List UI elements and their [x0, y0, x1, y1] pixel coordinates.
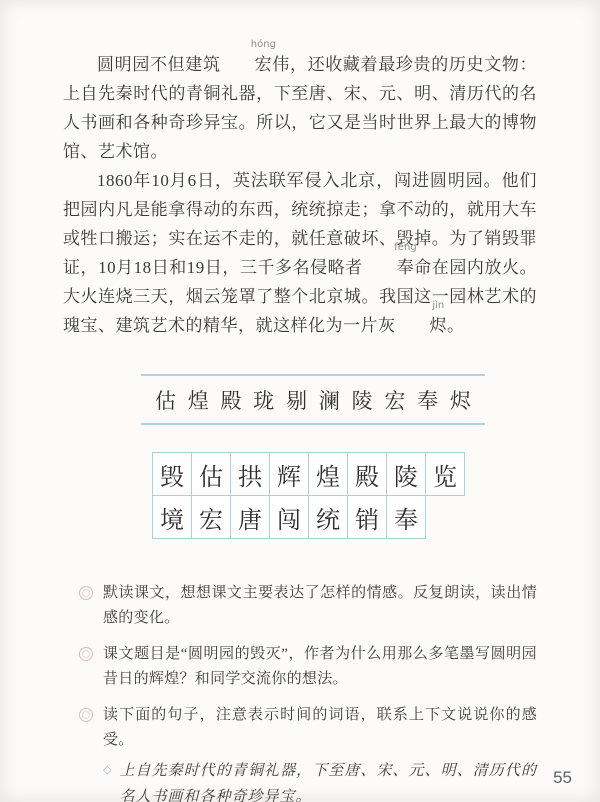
reading-character: 估 [155, 385, 176, 415]
grid-cell: 统 [308, 495, 348, 539]
grid-cell: 奉 [386, 495, 426, 539]
question-text: 课文题目是“圆明园的毁灭”，作者为什么用那么多笔墨写圆明园昔日的辉煌？和同学交流… [103, 642, 537, 692]
reading-character: 殿 [221, 385, 242, 415]
question-text: 读下面的句子，注意表示时间的词语，联系上下文说说你的感受。 [103, 703, 537, 753]
grid-cell: 煌 [308, 452, 348, 496]
ruby-base: 宏 [255, 55, 273, 74]
grid-cell: 辉 [269, 452, 309, 496]
pinyin-text: hóng [217, 40, 276, 50]
grid-row: 境 宏 唐 闯 统 销 奉 [152, 495, 537, 539]
new-characters-reading-strip: 估 煌 殿 珑 剔 澜 陵 宏 奉 烬 [141, 374, 485, 425]
exercise-bullet-icon [79, 708, 93, 722]
text-segment: 圆明园不但建筑 [97, 55, 221, 74]
pinyin-text: fèng [360, 243, 416, 253]
reading-character: 煌 [188, 385, 209, 415]
ruby-base: 奉 [397, 258, 415, 277]
grid-cell: 唐 [230, 495, 270, 539]
page-content: 圆明园不但建筑宏hóng伟，还收藏着最珍贵的历史文物：上自先秦时代的青铜礼器，下… [63, 50, 537, 802]
grid-cell: 估 [191, 452, 231, 496]
grid-cell: 闯 [269, 495, 309, 539]
reading-character: 烬 [450, 385, 471, 415]
grid-cell: 销 [347, 495, 387, 539]
grid-row: 毁 估 拱 辉 煌 殿 陵 览 [152, 452, 537, 496]
grid-cell: 毁 [152, 452, 192, 496]
textbook-page: 圆明园不但建筑宏hóng伟，还收藏着最珍贵的历史文物：上自先秦时代的青铜礼器，下… [0, 0, 600, 802]
exercise-bullet-icon [79, 647, 93, 661]
exercise-question-1: 默读课文，想想课文主要表达了怎样的情感。反复朗读，读出情感的变化。 [63, 581, 537, 631]
pinyin-annotation: 奉fèng [363, 253, 415, 282]
writing-practice-grid: 毁 估 拱 辉 煌 殿 陵 览 境 宏 唐 闯 统 销 奉 [152, 452, 537, 539]
ruby-base: 烬 [430, 316, 448, 335]
reading-character: 澜 [319, 385, 340, 415]
grid-cell: 殿 [347, 452, 387, 496]
question-text: 默读课文，想想课文主要表达了怎样的情感。反复朗读，读出情感的变化。 [103, 581, 537, 631]
reading-character: 宏 [384, 385, 405, 415]
pinyin-annotation: 烬jìn [396, 311, 448, 340]
exercise-section: 默读课文，想想课文主要表达了怎样的情感。反复朗读，读出情感的变化。 课文题目是“… [63, 581, 537, 802]
diamond-bullet-icon: ◇ [103, 763, 111, 802]
grid-cell: 境 [152, 495, 192, 539]
reading-character: 陵 [352, 385, 373, 415]
exercise-question-3: 读下面的句子，注意表示时间的词语，联系上下文说说你的感受。 [63, 703, 537, 753]
reading-character: 奉 [417, 385, 438, 415]
exercise-bullet-icon [79, 586, 93, 600]
reading-character: 剔 [286, 385, 307, 415]
exercise-question-2: 课文题目是“圆明园的毁灭”，作者为什么用那么多笔墨写圆明园昔日的辉煌？和同学交流… [63, 642, 537, 692]
page-number: 55 [553, 768, 572, 788]
pinyin-annotation: 宏hóng [221, 50, 273, 79]
quoted-sentence: ◇ 上自先秦时代的青铜礼器，下至唐、宋、元、明、清历代的名人书画和各种奇珍异宝。 [103, 758, 537, 802]
grid-cell: 览 [425, 452, 465, 496]
reading-character: 珑 [253, 385, 274, 415]
grid-cell: 宏 [191, 495, 231, 539]
text-segment: 。 [447, 316, 465, 335]
grid-cell: 拱 [230, 452, 270, 496]
pinyin-text: jìn [398, 301, 444, 311]
quote-text: 上自先秦时代的青铜礼器，下至唐、宋、元、明、清历代的名人书画和各种奇珍异宝。 [119, 758, 537, 802]
paragraph-destruction: 1860年10月6日，英法联军侵入北京，闯进圆明园。他们把园内凡是能拿得动的东西… [63, 166, 537, 340]
grid-cell: 陵 [386, 452, 426, 496]
paragraph-museum: 圆明园不但建筑宏hóng伟，还收藏着最珍贵的历史文物：上自先秦时代的青铜礼器，下… [63, 50, 537, 166]
